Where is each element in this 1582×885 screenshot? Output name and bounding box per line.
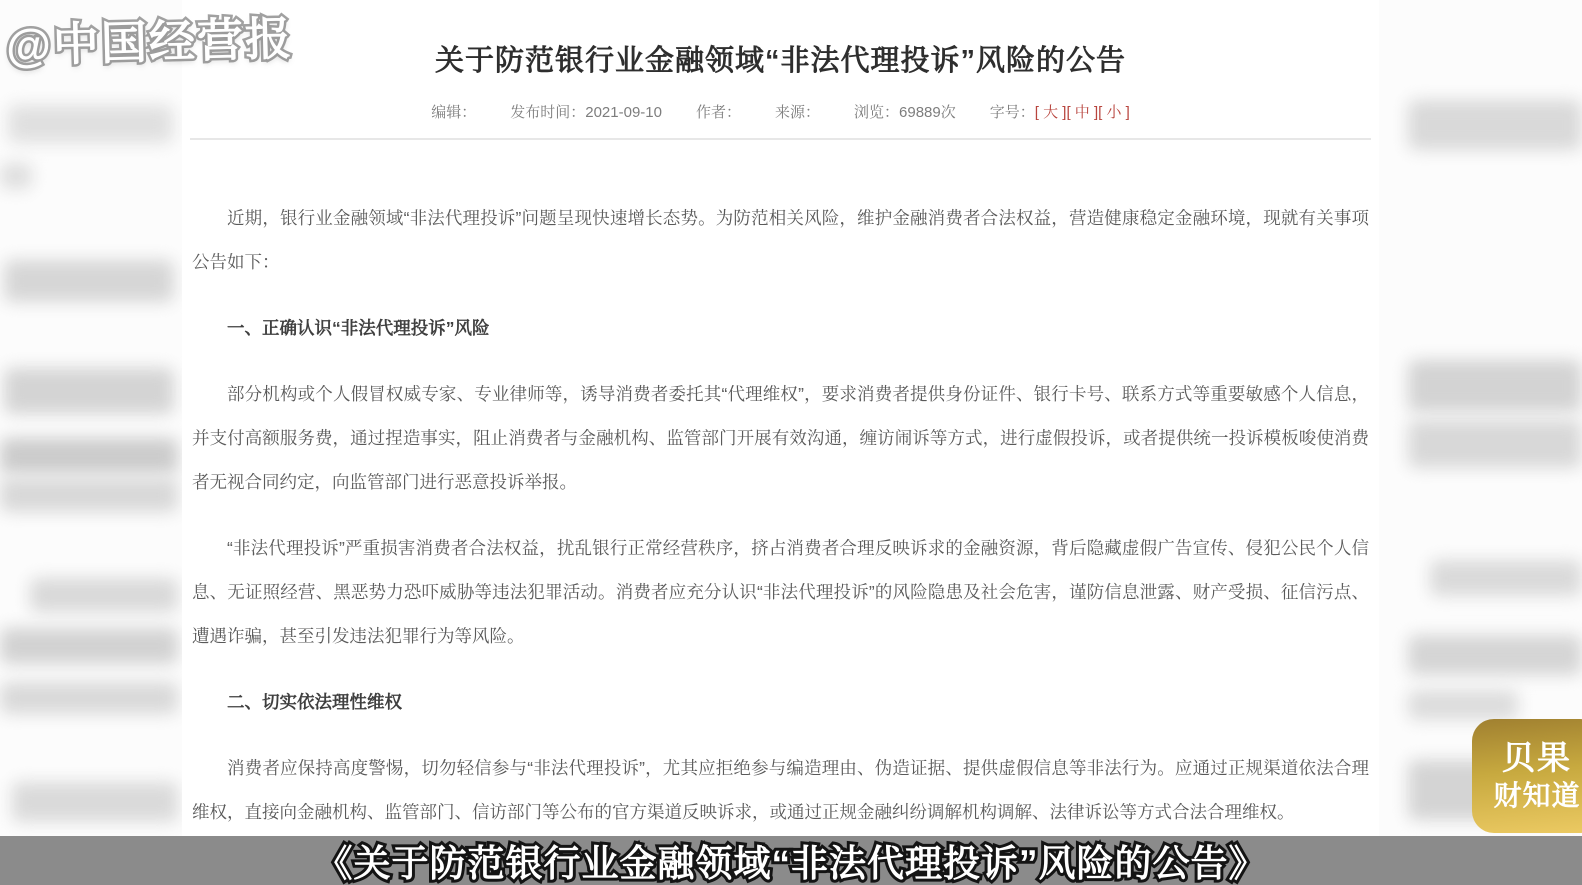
paragraph-section2: 消费者应保持高度警惕，切勿轻信参与“非法代理投诉”，尤其应拒绝参与编造理由、伪造… xyxy=(192,746,1369,834)
page-title: 关于防范银行业金融领域“非法代理投诉”风险的公告 xyxy=(182,0,1379,79)
video-caption-text: 《关于防范银行业金融领域“非法代理投诉”风险的公告》 xyxy=(316,833,1267,885)
blur-blob xyxy=(1408,360,1582,412)
blur-blob xyxy=(4,260,174,302)
section-heading-1: 一、正确认识“非法代理投诉”风险 xyxy=(192,306,1369,350)
blur-blob xyxy=(8,105,173,143)
paragraph-section1-b: “非法代理投诉”严重损害消费者合法权益，扰乱银行正常经营秩序，挤占消费者合理反映… xyxy=(192,526,1369,658)
meta-source-label: 来源： xyxy=(775,101,820,122)
channel-watermark: @中国经营报 xyxy=(5,2,293,75)
fontsize-small-button[interactable]: [ 小 ] xyxy=(1098,104,1130,121)
meta-author-label: 作者： xyxy=(696,101,741,122)
meta-publish-date: 发布时间：2021-09-10 xyxy=(510,101,662,122)
article-body: 近期，银行业金融领域“非法代理投诉”问题呈现快速增长态势。为防范相关风险，维护金… xyxy=(182,140,1379,834)
blurred-sidebar-right xyxy=(1378,0,1582,836)
channel-logo-line2: 财知道 xyxy=(1493,778,1580,814)
blur-blob xyxy=(1408,100,1582,150)
meta-views-value: 69889次 xyxy=(899,104,956,121)
blur-blob xyxy=(0,682,178,714)
blur-blob xyxy=(0,628,178,664)
paragraph-intro: 近期，银行业金融领域“非法代理投诉”问题呈现快速增长态势。为防范相关风险，维护金… xyxy=(192,196,1369,284)
meta-fontsize-label: 字号： xyxy=(990,104,1035,121)
meta-views-label: 浏览： xyxy=(854,104,899,121)
meta-publish-value: 2021-09-10 xyxy=(585,104,662,121)
video-frame: 关于防范银行业金融领域“非法代理投诉”风险的公告 编辑： 发布时间：2021-0… xyxy=(0,0,1582,885)
blur-blob xyxy=(0,163,32,189)
blur-blob xyxy=(1408,635,1582,675)
blur-blob xyxy=(1430,560,1582,596)
meta-fontsize: 字号：[ 大 ][ 中 ][ 小 ] xyxy=(990,101,1130,122)
fontsize-medium-button[interactable]: [ 中 ] xyxy=(1066,104,1098,121)
blur-blob xyxy=(0,438,178,474)
blurred-sidebar-left xyxy=(0,0,183,836)
blur-blob xyxy=(1408,420,1582,468)
article-meta-row: 编辑： 发布时间：2021-09-10 作者： 来源： 浏览：69889次 字号… xyxy=(182,101,1379,122)
meta-views: 浏览：69889次 xyxy=(854,101,956,122)
article-panel: 关于防范银行业金融领域“非法代理投诉”风险的公告 编辑： 发布时间：2021-0… xyxy=(182,0,1379,836)
channel-logo-line1: 贝果 xyxy=(1502,738,1572,778)
video-caption-bar: 《关于防范银行业金融领域“非法代理投诉”风险的公告》 xyxy=(0,836,1582,885)
blur-blob xyxy=(1408,690,1518,720)
meta-publish-label: 发布时间： xyxy=(510,104,585,121)
blur-blob xyxy=(4,368,174,414)
channel-logo-badge: 贝果 财知道 xyxy=(1472,719,1582,833)
paragraph-section1-a: 部分机构或个人假冒权威专家、专业律师等，诱导消费者委托其“代理维权”，要求消费者… xyxy=(192,372,1369,504)
blur-blob xyxy=(30,578,178,612)
fontsize-large-button[interactable]: [ 大 ] xyxy=(1035,104,1067,121)
blur-blob xyxy=(12,782,178,822)
meta-editor-label: 编辑： xyxy=(431,101,476,122)
section-heading-2: 二、切实依法理性维权 xyxy=(192,680,1369,724)
blur-blob xyxy=(0,478,178,512)
